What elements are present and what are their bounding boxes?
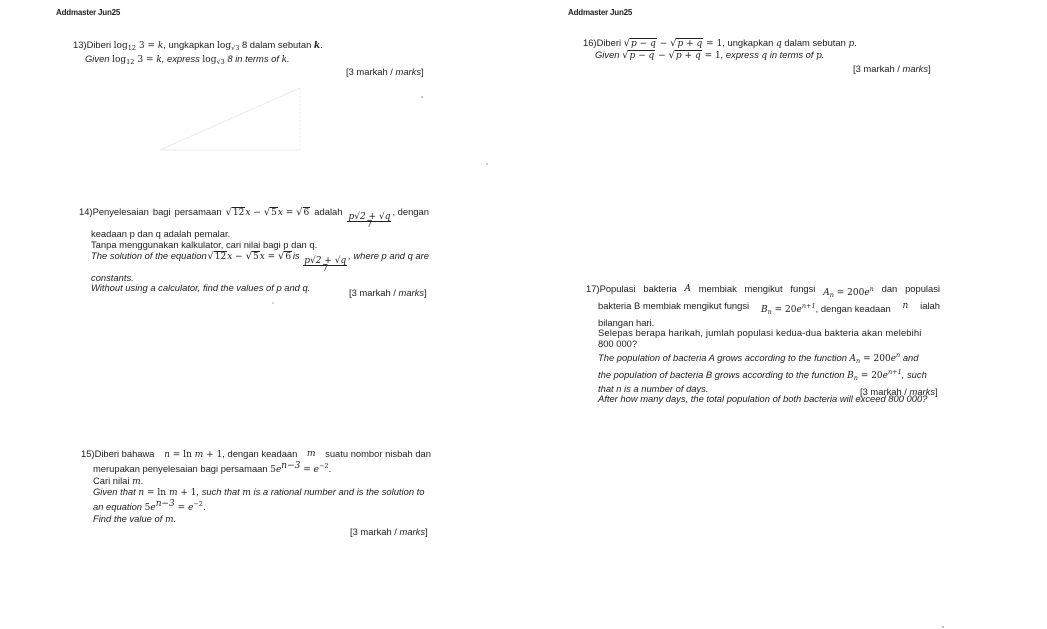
- question-15-ms-line2: merupakan penyelesaian bagi persamaan 5e…: [81, 461, 431, 476]
- right-page: Addmaster Jun25 16)Diberi √p − q − √p + …: [523, 0, 1047, 629]
- question-14-ms-line1: 14)Penyelesaian bagi persamaan √12x − √5…: [79, 207, 429, 229]
- question-15-en-line1: Given that n = ln m + 1, such that m is …: [81, 487, 431, 499]
- question-15-en-line2: an equation 5en−3 = e−2.: [81, 499, 431, 514]
- question-17-ms-line1: 17)Populasi bakteria A membiak mengikut …: [586, 284, 940, 301]
- question-17-ms-line2: bakteria B membiak mengikut fungsi Bn = …: [586, 301, 940, 318]
- question-17-en-line1: The population of bacteria A grows accor…: [586, 350, 940, 367]
- bleed-through-diagram: [150, 80, 350, 160]
- question-15: 15)Diberi bahawa n = ln m + 1, dengan ke…: [81, 449, 431, 526]
- speck: [421, 96, 423, 98]
- question-14-en-line1: The solution of the equation √12x − √5x …: [79, 251, 429, 273]
- question-13: 13)Diberi log12 3 = k, ungkapkan log√3 8…: [73, 40, 433, 68]
- speck: [272, 302, 274, 304]
- left-page: Addmaster Jun25 13)Diberi log12 3 = k, u…: [0, 0, 523, 629]
- question-17-marks: [3 markah / marks]: [860, 386, 938, 397]
- question-15-en-line3: Find the value of m.: [81, 514, 431, 526]
- page-header: Addmaster Jun25: [56, 8, 120, 17]
- question-13-marks: [3 markah / marks]: [346, 66, 424, 77]
- speck: [486, 163, 488, 165]
- question-17-ms-line5: 800 000?: [586, 339, 940, 350]
- page-header: Addmaster Jun25: [568, 8, 632, 17]
- question-13-ms: 13)Diberi log12 3 = k, ungkapkan log√3 8…: [73, 40, 433, 54]
- question-15-marks: [3 markah / marks]: [350, 526, 428, 537]
- question-14: 14)Penyelesaian bagi persamaan √12x − √5…: [79, 207, 429, 294]
- question-16: 16)Diberi √p − q − √p + q = 1, ungkapkan…: [583, 38, 943, 62]
- question-16-marks: [3 markah / marks]: [853, 63, 931, 74]
- question-17-en-line2: the population of bacteria B grows accor…: [586, 367, 940, 384]
- speck: [942, 626, 944, 628]
- question-14-marks: [3 markah / marks]: [349, 287, 427, 298]
- question-16-en: Given √p − q − √p + q = 1, express q in …: [583, 50, 943, 62]
- question-15-ms-line1: 15)Diberi bahawa n = ln m + 1, dengan ke…: [81, 449, 431, 461]
- question-16-ms: 16)Diberi √p − q − √p + q = 1, ungkapkan…: [583, 38, 943, 50]
- question-17-ms-line4: Selepas berapa harikah, jumlah populasi …: [586, 328, 940, 339]
